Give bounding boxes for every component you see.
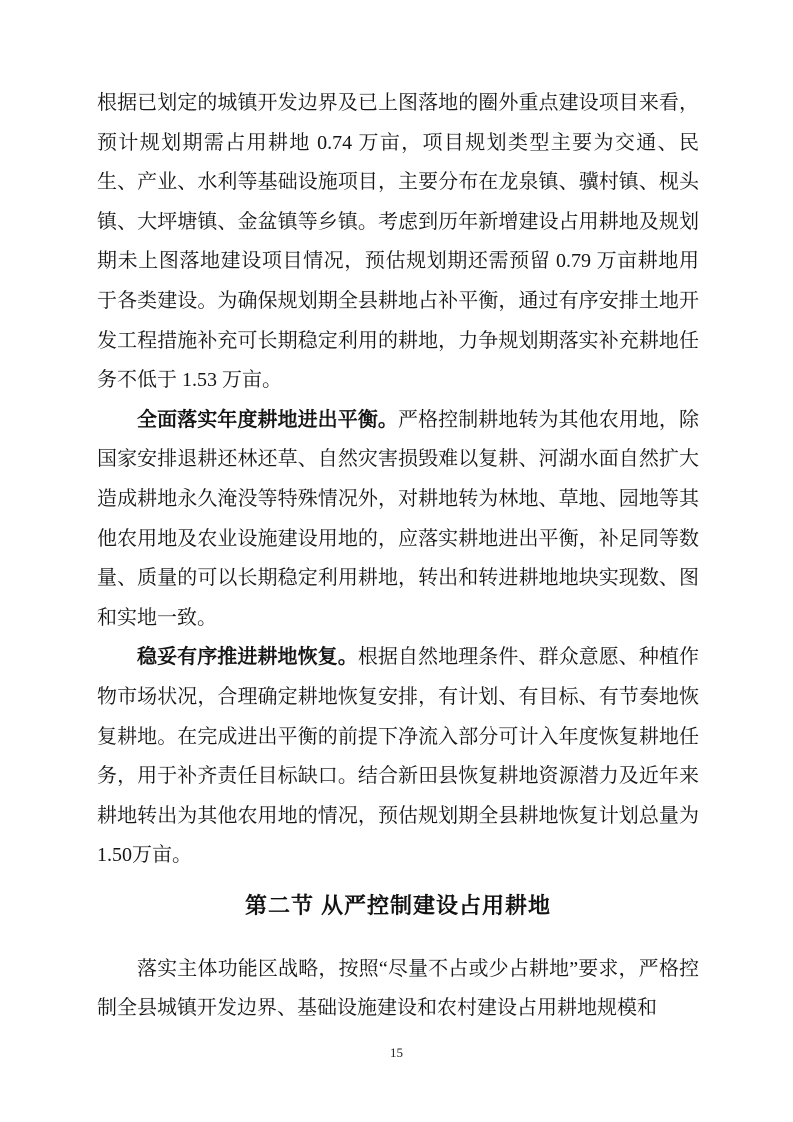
document-page: 根据已划定的城镇开发边界及已上图落地的圈外重点建设项目来看，预计规划期需占用耕地…: [0, 0, 793, 1122]
paragraph-text: 落实主体功能区战略，按照“尽量不占或少占耕地”要求，严格控制全县城镇开发边界、基…: [97, 958, 699, 1020]
section-heading: 第二节 从严控制建设占用耕地: [97, 886, 699, 926]
paragraph-text: 根据已划定的城镇开发边界及已上图落地的圈外重点建设项目来看，预计规划期需占用耕地…: [97, 92, 699, 391]
document-body: 根据已划定的城镇开发边界及已上图落地的圈外重点建设项目来看，预计规划期需占用耕地…: [97, 84, 699, 1029]
paragraph-lead: 稳妥有序推进耕地恢复。: [137, 646, 358, 668]
paragraph: 稳妥有序推进耕地恢复。根据自然地理条件、群众意愿、种植作物市场状况，合理确定耕地…: [97, 638, 699, 876]
paragraph: 落实主体功能区战略，按照“尽量不占或少占耕地”要求，严格控制全县城镇开发边界、基…: [97, 950, 699, 1029]
paragraph: 全面落实年度耕地进出平衡。严格控制耕地转为其他农用地，除国家安排退耕还林还草、自…: [97, 401, 699, 639]
paragraph-text: 严格控制耕地转为其他农用地，除国家安排退耕还林还草、自然灾害损毁难以复耕、河湖水…: [97, 409, 699, 629]
paragraph-text: 根据自然地理条件、群众意愿、种植作物市场状况，合理确定耕地恢复安排，有计划、有目…: [97, 646, 699, 866]
paragraph-lead: 全面落实年度耕地进出平衡。: [137, 409, 398, 431]
page-footer: 15: [0, 1044, 793, 1062]
page-number: 15: [390, 1045, 403, 1060]
paragraph: 根据已划定的城镇开发边界及已上图落地的圈外重点建设项目来看，预计规划期需占用耕地…: [97, 84, 699, 401]
